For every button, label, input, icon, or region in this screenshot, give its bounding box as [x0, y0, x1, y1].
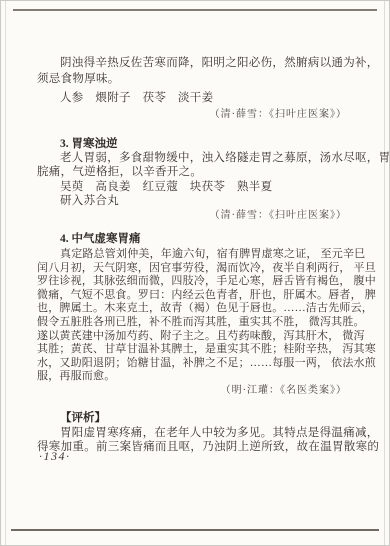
text-line: 服，再服而愈。	[37, 370, 359, 384]
text-line: 闰八月初，天气阴寒，因官事劳役，渴而饮冷，夜半自利两行， 平旦	[37, 262, 359, 276]
text-line: 阴浊得辛热反佐苦寒而降，阳明之阳必伤，然腑病以通为补，	[37, 55, 359, 71]
source-attribution: （清·薛雪：《扫叶庄医案》）	[37, 108, 359, 121]
text-line: 假令五脏胜各刑已胜，补不胜而泻其胜，重实其不胜， 微泻其胜。	[37, 316, 359, 330]
scanned-book-page: 阴浊得辛热反佐苦寒而降，阳明之阳必伤，然腑病以通为补， 须忌食物厚味。 人参 煨…	[0, 0, 390, 546]
text-line: 其胜；黄芪、甘草甘温补其脾土，是重实其不胜；桂附辛热， 泻其寒	[37, 343, 359, 357]
text-line: 得寒加重。前三案皆痛而且呕，乃浊阴上逆所致，故在温胃散寒的	[37, 440, 359, 455]
section-3-heading: 3. 胃寒浊逆	[37, 137, 359, 151]
scan-border-bottom	[11, 529, 379, 531]
page-edge-shadow-right	[384, 1, 385, 545]
text-line: 微痛，气短不思食。罗曰：内经云色青者，肝也，肝属木。唇者， 脾	[37, 289, 359, 303]
section-3: 3. 胃寒浊逆 老人胃弱，多食甜物缓中，浊入络隧走胃之募原，汤水尽呕，胃 脘痛，…	[37, 137, 359, 222]
text-line: 脘痛，气逆格拒，以辛香开之。	[37, 165, 359, 179]
prescription-note: 研入苏合丸	[37, 194, 359, 208]
text-line: 水，又助阳退阴；饴糖甘温，补脾之不足；……每服一两， 依法水煎	[37, 357, 359, 371]
prescription-line: 吴萸 高良姜 红豆蔻 块茯苓 熟半夏	[37, 180, 359, 194]
text-line: 真定路总管刘仲美，年逾六旬，宿有脾胃虚寒之证， 至元辛巳	[37, 248, 359, 262]
text-line: 罗往诊视，其脉弦细而微，四肢冷，手足心寒，唇舌皆有褐色， 腹中	[37, 275, 359, 289]
page-number: ·134·	[39, 449, 71, 464]
page-content: 阴浊得辛热反佐苦寒而降，阳明之阳必伤，然腑病以通为补， 须忌食物厚味。 人参 煨…	[37, 55, 359, 455]
intro-case-paragraph: 阴浊得辛热反佐苦寒而降，阳明之阳必伤，然腑病以通为补， 须忌食物厚味。 人参 煨…	[37, 55, 359, 121]
section-4: 4. 中气虚寒胃痛 真定路总管刘仲美，年逾六旬，宿有脾胃虚寒之证， 至元辛巳 闰…	[37, 232, 359, 397]
commentary-section: 【评析】 胃阳虚胃寒疼痛，在老年人中较为多见。其特点是得温痛减， 得寒加重。前三…	[37, 411, 359, 455]
text-line: 老人胃弱，多食甜物缓中，浊入络隧走胃之募原，汤水尽呕，胃	[37, 151, 359, 165]
scan-border-top	[13, 9, 377, 11]
text-line: 也，脾属土。木来克土，故青（褐）色见于唇也。……洁古先师云，	[37, 302, 359, 316]
text-line: 遂以黄芪建中汤加芍药、附子主之。且芍药味酸，泻其肝木， 微泻	[37, 330, 359, 344]
commentary-heading: 【评析】	[37, 411, 359, 425]
source-attribution: （清·薛雪：《扫叶庄医案》）	[37, 209, 359, 222]
prescription-line: 人参 煨附子 茯苓 淡干姜	[37, 90, 359, 106]
page-edge-shadow-left	[5, 1, 6, 545]
text-line: 须忌食物厚味。	[37, 71, 359, 87]
text-line: 胃阳虚胃寒疼痛，在老年人中较为多见。其特点是得温痛减，	[37, 426, 359, 441]
source-attribution: （明·江瓘：《名医类案》）	[37, 384, 359, 397]
section-4-heading: 4. 中气虚寒胃痛	[37, 232, 359, 246]
